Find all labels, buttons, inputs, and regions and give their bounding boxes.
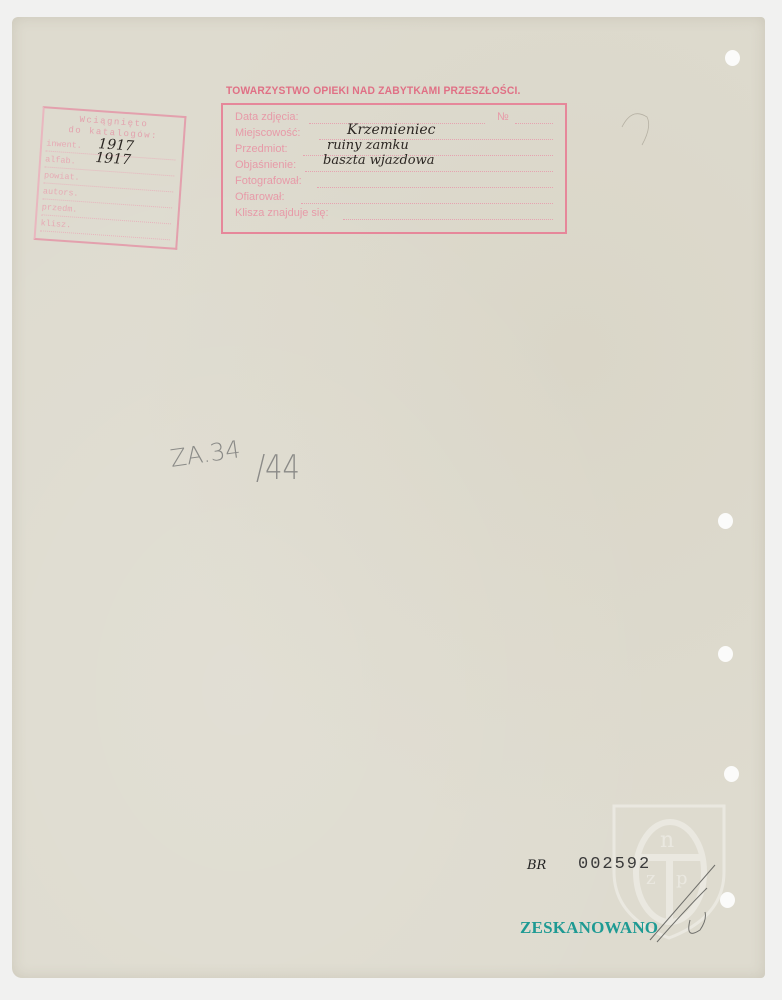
society-stamp: Data zdjęcia: № Miejscowość: Krzemieniec… [221, 103, 567, 234]
dotted-line [515, 123, 553, 124]
field-negative-location: Klisza znajduje się: [235, 207, 553, 222]
field-label: Klisza znajduje się: [235, 207, 329, 219]
handwritten-value: 1917 [95, 150, 132, 168]
dotted-line [343, 219, 553, 220]
field-label: Miejscowość: [235, 127, 300, 139]
inventory-prefix: BR [527, 858, 546, 873]
field-label: autors. [43, 186, 79, 198]
field-description: Objaśnienie: baszta wjazdowa [235, 159, 553, 174]
dotted-line [301, 203, 553, 204]
handwritten-value: baszta wjazdowa [323, 153, 434, 168]
pencil-note-number: /44 [256, 448, 300, 488]
punch-hole-icon [718, 513, 733, 529]
handwritten-value: Krzemieniec [347, 122, 435, 138]
punch-hole-icon [725, 50, 740, 66]
signature-icon [645, 860, 735, 950]
field-label: Data zdjęcia: [235, 111, 299, 123]
handwritten-value: ruiny zamku [327, 138, 409, 153]
field-label: powiat. [44, 170, 80, 182]
field-donor: Ofiarował: [235, 191, 553, 206]
pencil-mark-icon [612, 77, 662, 147]
field-label: alfab. [45, 154, 76, 166]
field-label: Ofiarował: [235, 191, 285, 203]
scanned-stamp: ZESKANOWANO [520, 918, 658, 938]
society-stamp-title: TOWARZYSTWO OPIEKI NAD ZABYTKAMI PRZESZŁ… [226, 85, 521, 97]
field-label: przedm. [41, 202, 77, 214]
field-photographer: Fotografował: [235, 175, 553, 190]
inventory-number: 002592 [578, 855, 651, 874]
dotted-line [317, 187, 553, 188]
field-label: klisz. [40, 218, 71, 230]
field-label: Fotografował: [235, 175, 302, 187]
number-sign: № [497, 111, 509, 123]
punch-hole-icon [724, 766, 739, 782]
punch-hole-icon [718, 646, 733, 662]
field-label: Objaśnienie: [235, 159, 296, 171]
svg-text:n: n [660, 828, 674, 853]
catalog-stamp: Wciągnięto do katalogów: inwent. 1917 al… [34, 106, 187, 250]
dotted-line [305, 171, 553, 172]
field-label: Przedmiot: [235, 143, 288, 155]
field-label: inwent. [46, 138, 82, 150]
